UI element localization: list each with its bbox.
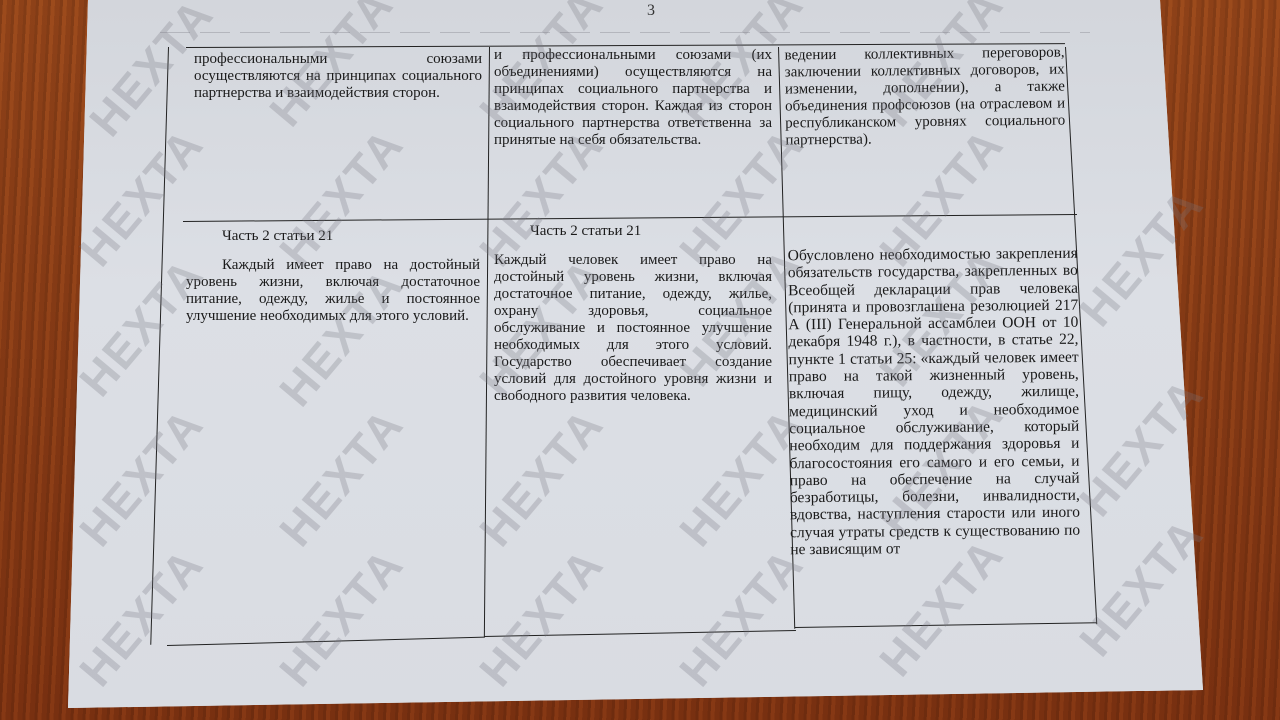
- row2-col1-cell: Часть 2 статьи 21 Каждый имеет право на …: [180, 226, 486, 327]
- row1-col2-text: и профессиональными союзами (их объедине…: [494, 47, 772, 149]
- table-bottom-border-mid: [484, 630, 796, 637]
- table-bottom-border-left: [167, 637, 485, 646]
- row2-col3-cell: Обусловлено необходимостью закрепления о…: [782, 243, 1087, 561]
- row1-col3-text: ведении коллективных переговоров, заключ…: [784, 45, 1065, 150]
- table-left-border: [150, 47, 169, 645]
- row1-col2-cell: и профессиональными союзами (их объедине…: [488, 45, 778, 151]
- row2-col1-title: Часть 2 статьи 21: [186, 228, 480, 245]
- comparison-table: профессиональными союзами осуществляются…: [0, 0, 1280, 720]
- row2-col3-text: Обусловлено необходимостью закрепления о…: [788, 245, 1081, 559]
- row1-col3-cell: ведении коллективных переговоров, заключ…: [778, 42, 1071, 151]
- row2-col2-cell: Часть 2 статьи 21 Каждый человек имеет п…: [488, 221, 778, 407]
- row2-col1-text: Каждый имеет право на достойный уровень …: [186, 257, 480, 325]
- row1-col1-cell: профессиональными союзами осуществляются…: [188, 49, 488, 104]
- row2-col2-title: Часть 2 статьи 21: [494, 223, 772, 240]
- row1-col1-text: профессиональными союзами осуществляются…: [194, 51, 482, 102]
- row2-col2-text: Каждый человек имеет право на достойный …: [494, 252, 772, 405]
- table-bottom-border-right: [795, 622, 1097, 628]
